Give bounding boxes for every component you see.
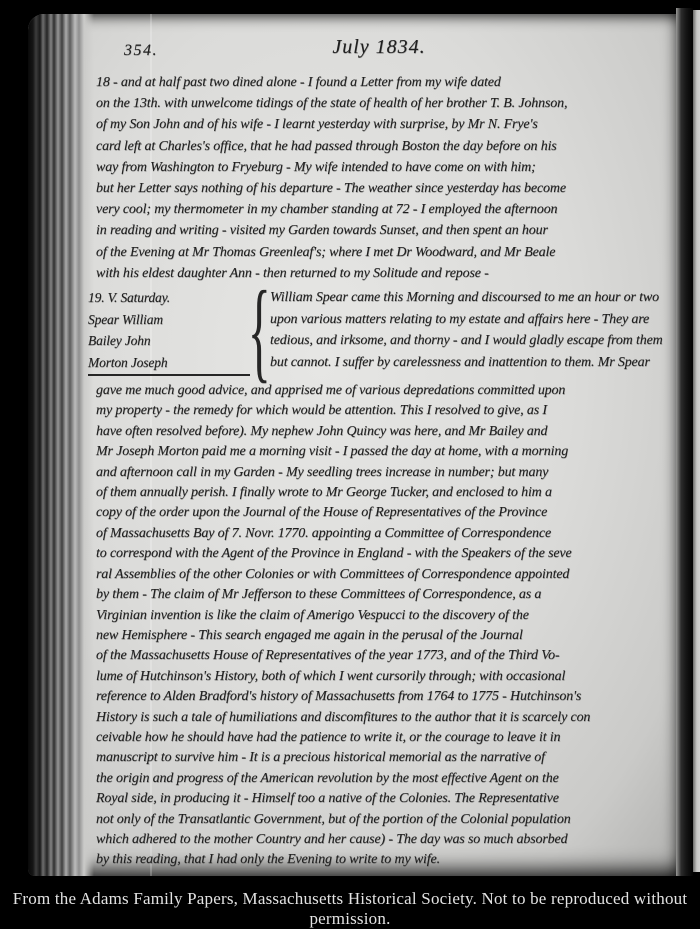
manuscript-line: reference to Alden Bradford's history of… bbox=[96, 687, 662, 707]
facing-page-sliver bbox=[693, 10, 700, 872]
manuscript-line: of the Massachusetts House of Representa… bbox=[96, 646, 662, 666]
manuscript-line: ral Assemblies of the other Colonies or … bbox=[96, 565, 662, 585]
manuscript-line: way from Washington to Fryeburg - My wif… bbox=[96, 157, 662, 178]
manuscript-line: Spear William bbox=[88, 309, 250, 331]
margin-note: 19. V. Saturday.Spear WilliamBailey John… bbox=[88, 287, 250, 376]
manuscript-line: not only of the Transatlantic Government… bbox=[96, 810, 662, 830]
manuscript-line: the origin and progress of the American … bbox=[96, 769, 662, 789]
manuscript-line: 18 - and at half past two dined alone - … bbox=[96, 72, 662, 93]
margin-brace-mark: { bbox=[248, 279, 271, 383]
manuscript-line: manuscript to survive him - It is a prec… bbox=[96, 748, 662, 768]
diary-page: 354. July 1834. 18 - and at half past tw… bbox=[28, 14, 678, 876]
page-header: 354. July 1834. bbox=[96, 32, 662, 66]
manuscript-line: in reading and writing - visited my Gard… bbox=[96, 220, 662, 241]
diary-entry-july-19-head: 19. V. Saturday.Spear WilliamBailey John… bbox=[96, 287, 662, 379]
manuscript-line: new Hemisphere - This search engaged me … bbox=[96, 626, 662, 646]
manuscript-line: Bailey John bbox=[88, 330, 250, 352]
manuscript-line: with his eldest daughter Ann - then retu… bbox=[96, 263, 662, 284]
manuscript-line: ceivable how he should have had the pati… bbox=[96, 728, 662, 748]
book-binding-page-edges bbox=[28, 14, 94, 876]
manuscript-line: but her Letter says nothing of his depar… bbox=[96, 178, 662, 199]
manuscript-line: which adhered to the mother Country and … bbox=[96, 830, 662, 850]
manuscript-line: tedious, and irksome, and thorny - and I… bbox=[270, 330, 663, 352]
manuscript-line: lume of Hutchinson's History, both of wh… bbox=[96, 667, 662, 687]
manuscript-line: and afternoon call in my Garden - My see… bbox=[96, 463, 662, 483]
manuscript-line: of them annually perish. I finally wrote… bbox=[96, 483, 662, 503]
diary-entry-july-19-body: gave me much good advice, and apprised m… bbox=[96, 381, 662, 871]
manuscript-line: gave me much good advice, and apprised m… bbox=[96, 381, 662, 401]
manuscript-line: but cannot. I suffer by carelessness and… bbox=[270, 352, 663, 374]
manuscript-line: Royal side, in producing it - Himself to… bbox=[96, 789, 662, 809]
manuscript-line: Virginian invention is like the claim of… bbox=[96, 606, 662, 626]
manuscript-line: very cool; my thermometer in my chamber … bbox=[96, 199, 662, 220]
manuscript-line: of my Son John and of his wife - I learn… bbox=[96, 114, 662, 135]
manuscript-line: card left at Charles's office, that he h… bbox=[96, 136, 662, 157]
manuscript-line: on the 13th. with unwelcome tidings of t… bbox=[96, 93, 662, 114]
handwritten-content: 354. July 1834. 18 - and at half past tw… bbox=[96, 32, 662, 871]
manuscript-scan: 354. July 1834. 18 - and at half past tw… bbox=[0, 0, 700, 917]
archive-attribution-caption: From the Adams Family Papers, Massachuse… bbox=[0, 889, 700, 917]
manuscript-line: by this reading, that I had only the Eve… bbox=[96, 850, 662, 870]
manuscript-line: by them - The claim of Mr Jefferson to t… bbox=[96, 585, 662, 605]
manuscript-line: have often resolved before). My nephew J… bbox=[96, 422, 662, 442]
manuscript-line: of the Evening at Mr Thomas Greenleaf's;… bbox=[96, 242, 662, 263]
manuscript-line: Mr Joseph Morton paid me a morning visit… bbox=[96, 442, 662, 462]
diary-entry-july-18: 18 - and at half past two dined alone - … bbox=[96, 72, 662, 284]
date-header: July 1834. bbox=[96, 36, 662, 59]
entry-opening-lines: William Spear came this Morning and disc… bbox=[270, 287, 663, 373]
manuscript-line: William Spear came this Morning and disc… bbox=[270, 287, 663, 309]
manuscript-line: copy of the order upon the Journal of th… bbox=[96, 503, 662, 523]
manuscript-line: of Massachusetts Bay of 7. Novr. 1770. a… bbox=[96, 524, 662, 544]
manuscript-line: Morton Joseph bbox=[88, 352, 250, 374]
manuscript-line: to correspond with the Agent of the Prov… bbox=[96, 544, 662, 564]
manuscript-line: 19. V. Saturday. bbox=[88, 287, 250, 309]
book-gutter-shadow bbox=[676, 8, 693, 876]
manuscript-line: History is such a tale of humiliations a… bbox=[96, 708, 662, 728]
manuscript-line: upon various matters relating to my esta… bbox=[270, 309, 663, 331]
manuscript-line: my property - the remedy for which would… bbox=[96, 401, 662, 421]
